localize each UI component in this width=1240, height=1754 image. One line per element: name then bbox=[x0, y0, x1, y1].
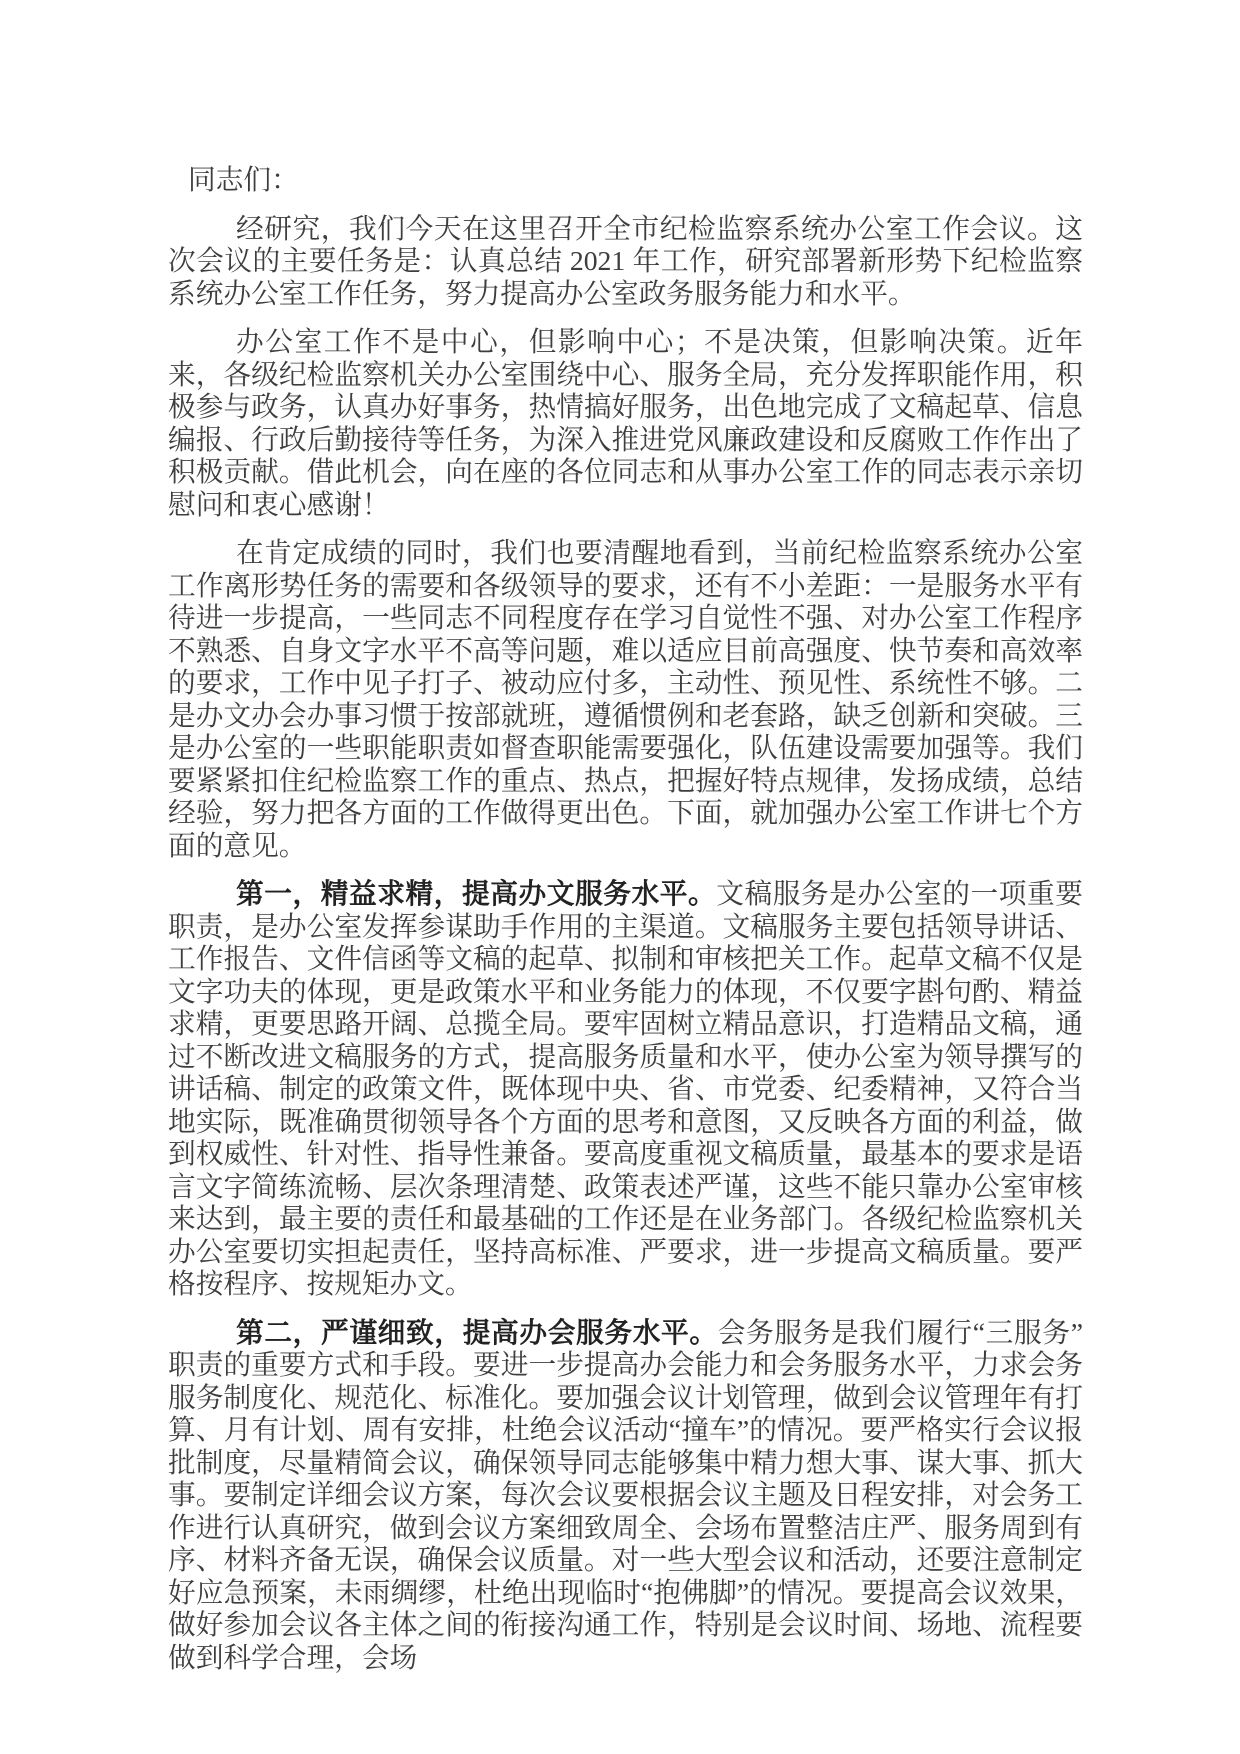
paragraph-meeting-purpose: 经研究，我们今天在这里召开全市纪检监察系统办公室工作会议。这次会议的主要任务是：… bbox=[168, 213, 1083, 311]
section-2-heading: 第二，严谨细致，提高办会服务水平。 bbox=[236, 1317, 718, 1348]
paragraph-section-2: 第二，严谨细致，提高办会服务水平。会务服务是我们履行“三服务”职责的重要方式和手… bbox=[168, 1317, 1083, 1675]
section-1-heading: 第一，精益求精，提高办文服务水平。 bbox=[236, 878, 716, 909]
document-page: 同志们： 经研究，我们今天在这里召开全市纪检监察系统办公室工作会议。这次会议的主… bbox=[0, 0, 1240, 1754]
section-2-body-text: 会务服务是我们履行“三服务”职责的重要方式和手段。要进一步提高办会能力和会务服务… bbox=[168, 1317, 1083, 1673]
paragraph-achievements: 办公室工作不是中心，但影响中心；不是决策，但影响决策。近年来，各级纪检监察机关办… bbox=[168, 326, 1083, 521]
paragraph-greeting: 同志们： bbox=[168, 164, 1083, 197]
section-1-body-text: 文稿服务是办公室的一项重要职责，是办公室发挥参谋助手作用的主渠道。文稿服务主要包… bbox=[168, 878, 1083, 1299]
paragraph-section-1: 第一，精益求精，提高办文服务水平。文稿服务是办公室的一项重要职责，是办公室发挥参… bbox=[168, 878, 1083, 1301]
document-body: 同志们： 经研究，我们今天在这里召开全市纪检监察系统办公室工作会议。这次会议的主… bbox=[168, 164, 1083, 1674]
paragraph-problems: 在肯定成绩的同时，我们也要清醒地看到，当前纪检监察系统办公室工作离形势任务的需要… bbox=[168, 537, 1083, 862]
